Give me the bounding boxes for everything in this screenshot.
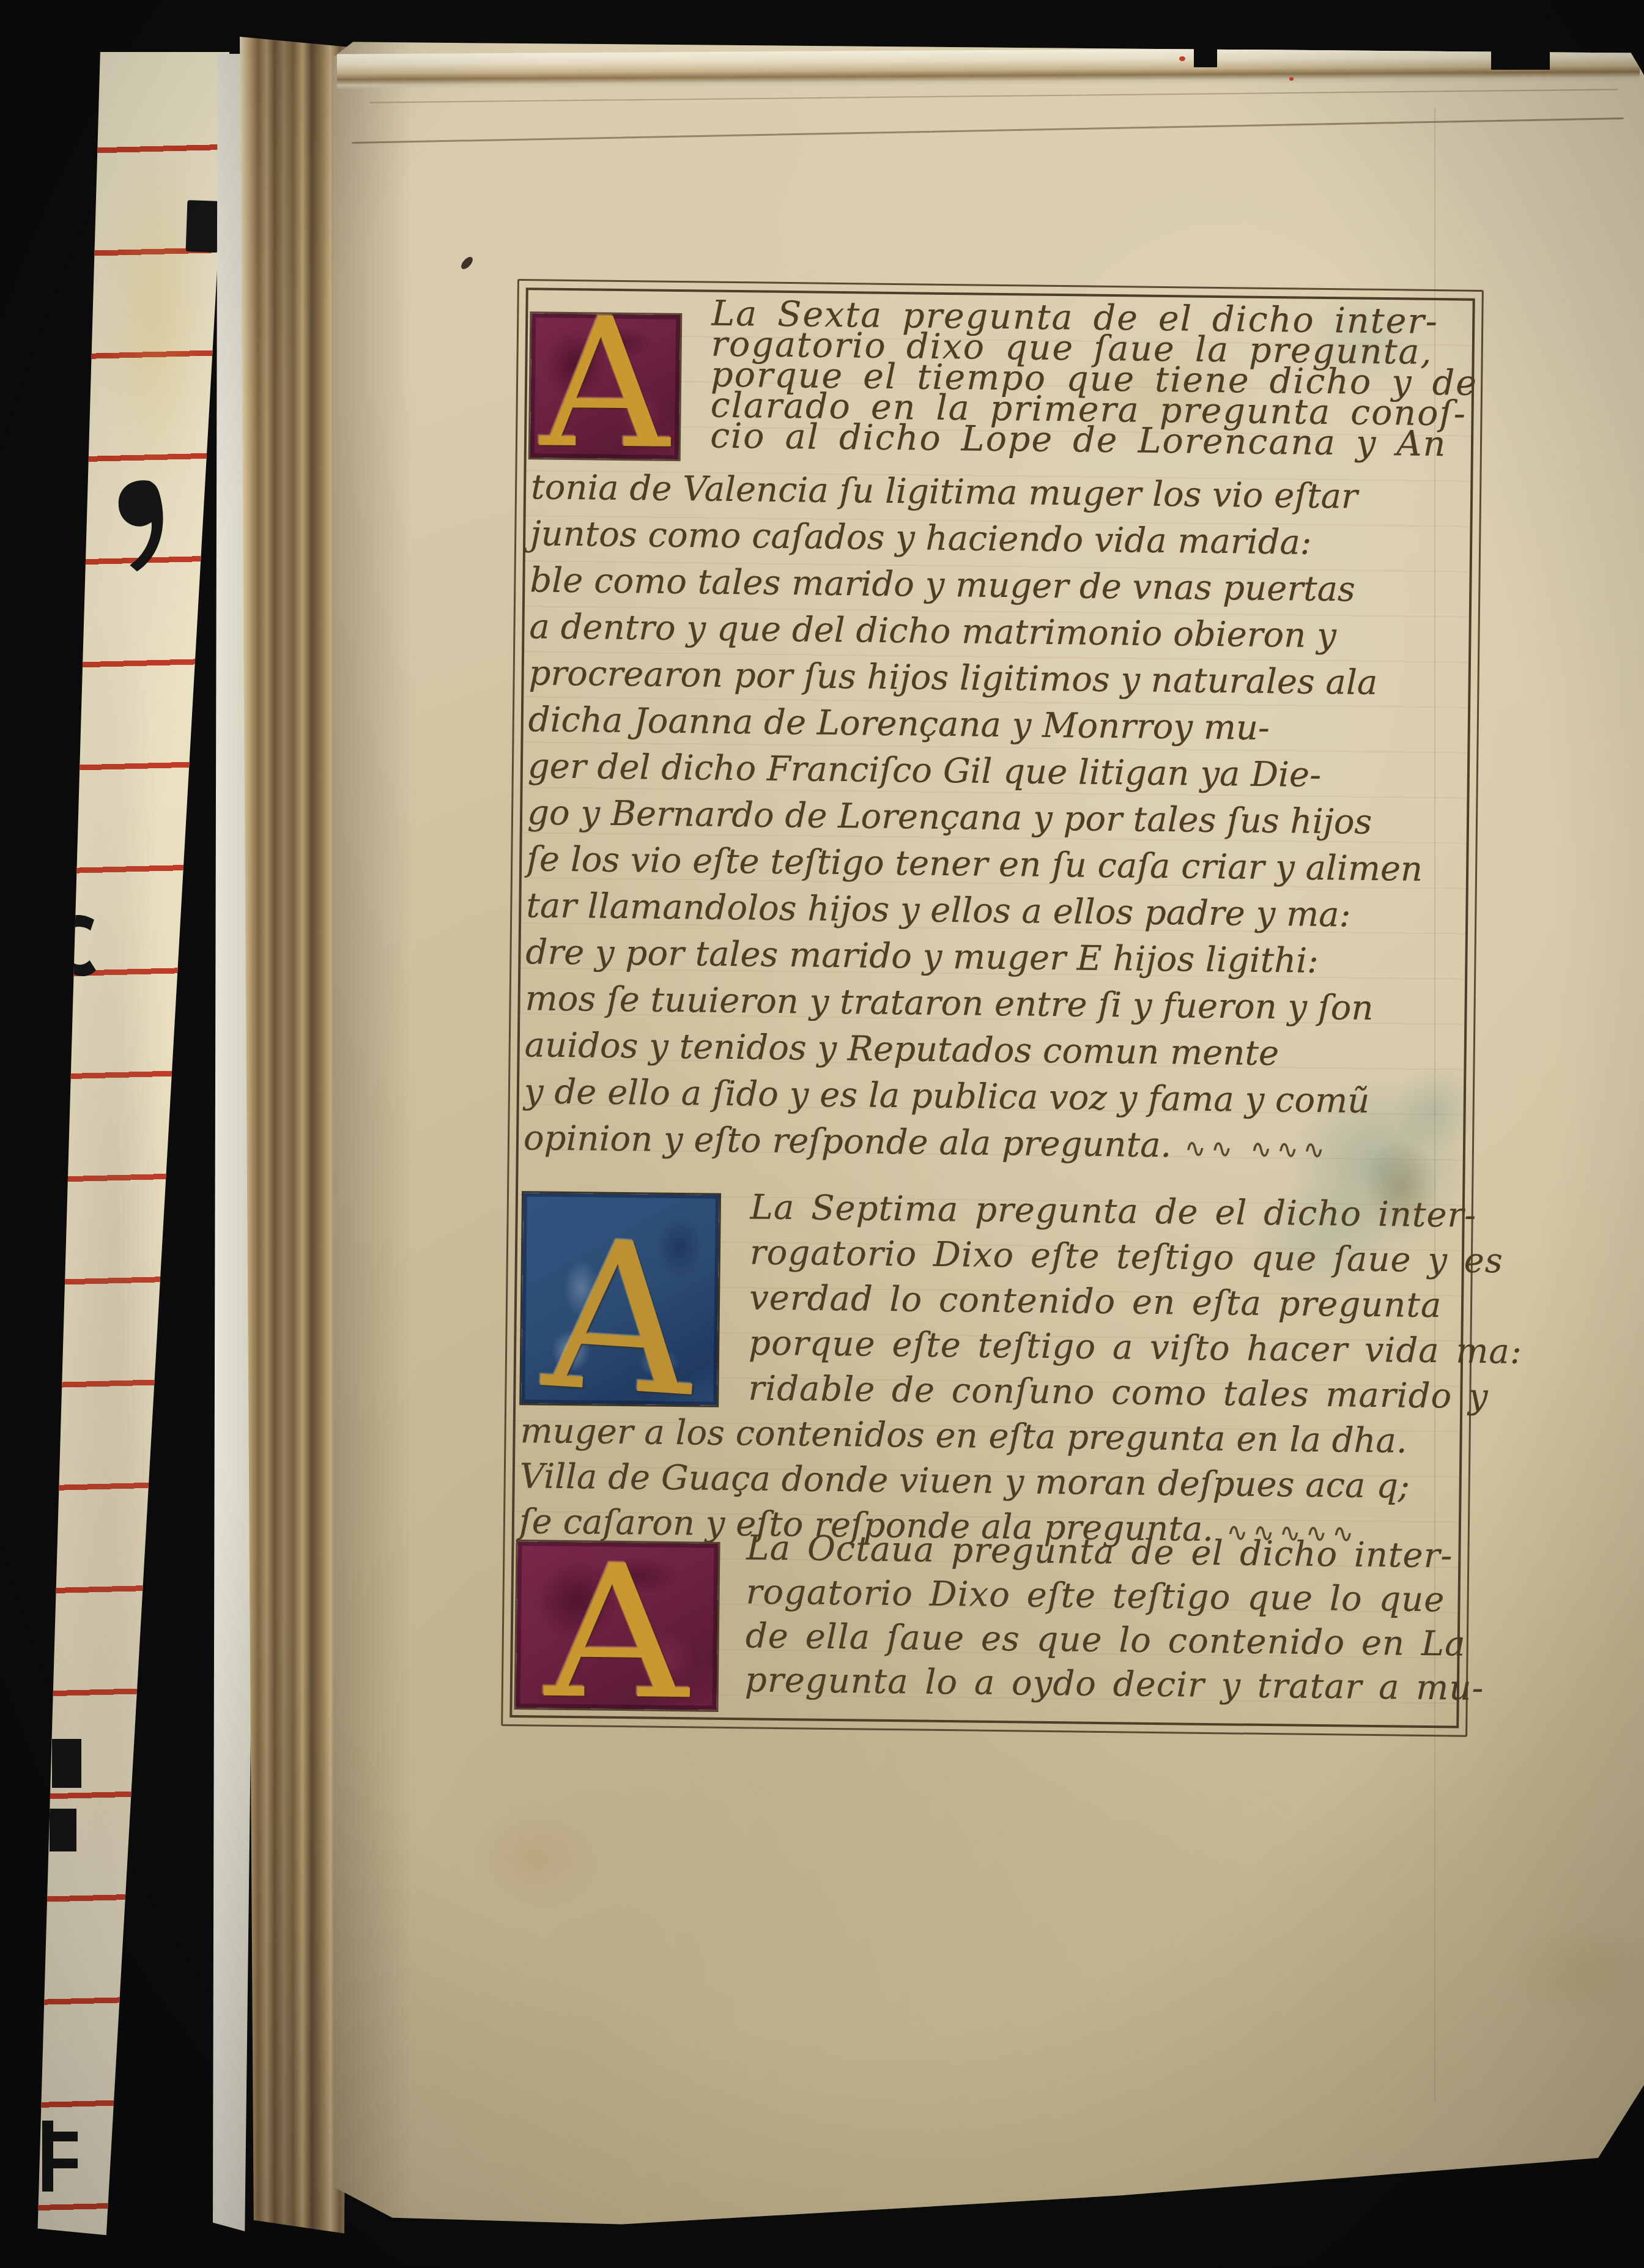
photo-backdrop: A A A La Sexta pregunta de el dicho inte… xyxy=(0,0,1644,2268)
parchment-page: A A A La Sexta pregunta de el dicho inte… xyxy=(333,22,1644,2233)
foxing-stain xyxy=(443,1784,627,1930)
red-wax-speck xyxy=(1179,56,1185,61)
manuscript-line: rogatorio Dixo eſte teſtigo que ſaue y e… xyxy=(750,1230,1477,1283)
neume-square-icon xyxy=(41,1111,67,1142)
manuscript-line: cio al dicho Lope de Lorencana y An xyxy=(710,421,1486,460)
neume-square-icon xyxy=(50,1809,76,1851)
manuscript-line: pregunta lo a oydo decir y tratar a mu- xyxy=(745,1658,1472,1710)
neume-bar-icon xyxy=(186,200,220,253)
ink-mark xyxy=(459,254,474,271)
clef-comma-icon xyxy=(112,473,166,577)
manuscript-line: rogatorio Dixo eſte teſtigo que lo que xyxy=(746,1570,1473,1622)
c-clef-icon xyxy=(51,907,96,993)
manuscript-line: verdad lo contenido en eſta pregunta xyxy=(749,1275,1476,1329)
foxing-stain xyxy=(1483,1906,1644,2040)
backdrop-notch xyxy=(1194,23,1217,67)
manuscript-line: ridable de conſuno como tales marido y xyxy=(748,1366,1475,1419)
manuscript-line: porque eſte teſtigo a viſto hacer vida m… xyxy=(749,1321,1476,1374)
manuscript-line: La Octaua pregunta de el dicho inter- xyxy=(746,1526,1473,1578)
top-rule-line xyxy=(352,117,1624,144)
f-clef-icon xyxy=(42,2121,53,2192)
neume-square-icon xyxy=(52,1739,81,1788)
binding-cover-strip xyxy=(34,52,235,2242)
manuscript-line: de ella ſaue es que lo contenido en La xyxy=(745,1614,1472,1666)
manuscript-line: La Septima pregunta de el dicho inter- xyxy=(750,1185,1477,1238)
text-frame: A A A La Sexta pregunta de el dicho inte… xyxy=(501,279,1484,1737)
text-column: La Sexta pregunta de el dicho inter-roga… xyxy=(517,290,1487,1711)
text-frame-inner: A A A La Sexta pregunta de el dicho inte… xyxy=(509,287,1475,1728)
top-crease-line xyxy=(370,89,1618,103)
page-top-edges xyxy=(337,46,1640,89)
backdrop-notch xyxy=(1491,17,1550,70)
red-wax-speck xyxy=(1289,77,1294,81)
line-end-flourish: ∿∿ ∿∿∿ xyxy=(1171,1133,1330,1165)
